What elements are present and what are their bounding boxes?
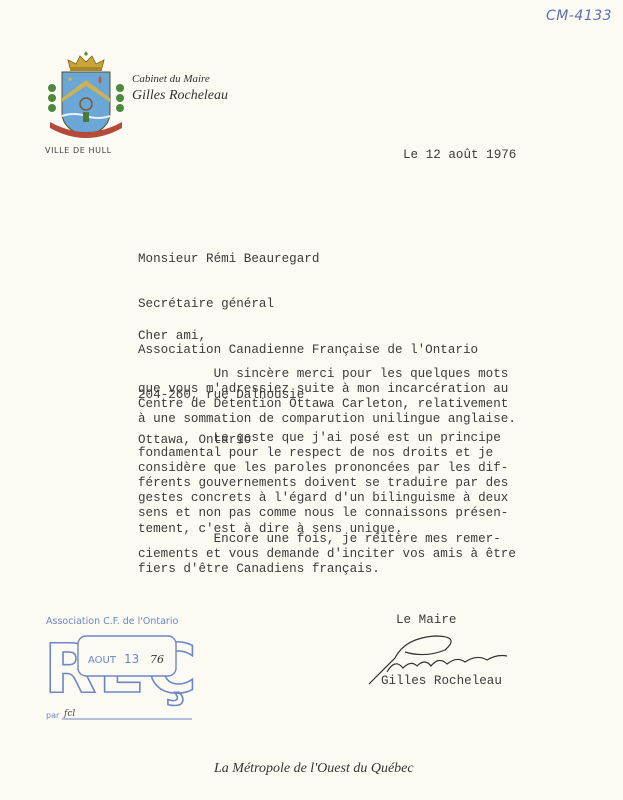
- archive-reference: CM-4133: [546, 8, 612, 24]
- letter-date: Le 12 août 1976: [403, 148, 516, 163]
- city-crest-icon: [44, 50, 128, 142]
- recipient-line: Association Canadienne Française de l'On…: [138, 343, 478, 358]
- stamp-date-year: 76: [150, 653, 164, 666]
- recipient-line: Secrétaire général: [138, 297, 478, 312]
- city-label: VILLE DE HULL: [45, 146, 112, 155]
- stamp-by-label: par: [46, 711, 60, 720]
- salutation: Cher ami,: [138, 329, 206, 344]
- letterhead-mayor-name: Gilles Rocheleau: [132, 88, 228, 104]
- office-label: Cabinet du Maire: [132, 73, 210, 85]
- stamp-organization: Association C.F. de l'Ontario: [46, 616, 178, 627]
- footer-motto: La Métropole de l'Ouest du Québec: [214, 761, 414, 777]
- body-paragraph-1: Un sincère merci pour les quelques mots …: [138, 367, 516, 427]
- received-stamp: Association C.F. de l'Ontario REÇU AOUT …: [42, 612, 198, 724]
- stamp-date-month: AOUT: [88, 655, 117, 666]
- stamp-initials: fcl: [63, 709, 75, 719]
- stamp-date-day: 13: [124, 652, 139, 666]
- body-paragraph-2: Le geste que j'ai posé est un principe f…: [138, 431, 508, 537]
- signer-name: Gilles Rocheleau: [381, 674, 502, 689]
- closing-title: Le Maire: [396, 613, 456, 628]
- body-paragraph-3: Encore une fois, je réitère mes remer- c…: [138, 532, 516, 577]
- recipient-line: Monsieur Rémi Beauregard: [138, 252, 478, 267]
